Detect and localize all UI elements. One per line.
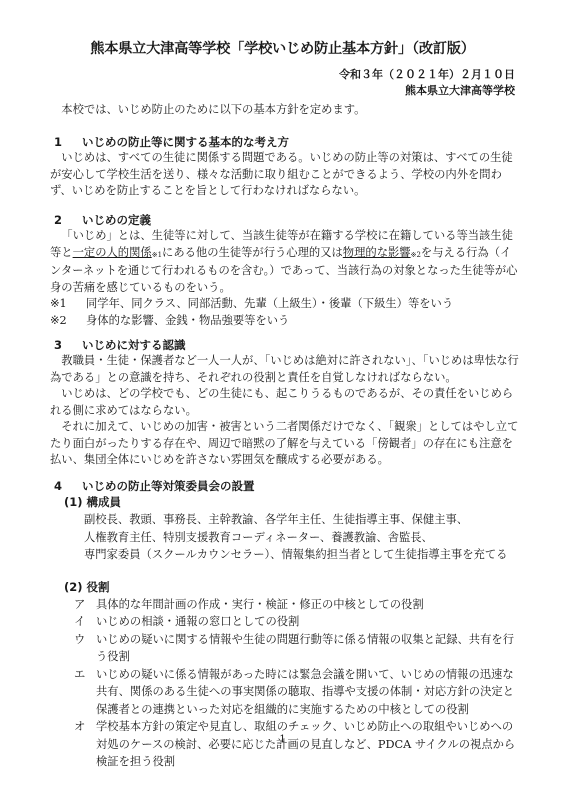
section-number: 1	[50, 134, 82, 150]
underlined-term: 物理的な影響	[343, 246, 411, 259]
school-name: 熊本県立大津高等学校	[405, 82, 515, 98]
page-number: 1	[0, 734, 565, 745]
section-heading: 2いじめの定義	[50, 212, 520, 228]
section-heading: 3いじめに対する認識	[50, 337, 520, 353]
section-title: いじめの定義	[82, 213, 151, 227]
role-key: ア	[74, 596, 96, 614]
section-heading: 1いじめの防止等に関する基本的な考え方	[50, 134, 520, 150]
section-number: 4	[50, 478, 82, 494]
section-number: 3	[50, 337, 82, 353]
section-title: いじめの防止等に関する基本的な考え方	[82, 135, 289, 149]
intro-text: 本校では、いじめ防止のために以下の基本方針を定めます。	[50, 102, 520, 119]
role-key: エ	[74, 666, 96, 719]
members-line: 人権教育主任、特別支援教育コーディネーター、養護教諭、舎監長、	[84, 529, 520, 547]
role-text: いじめの相談・通報の窓口としての役割	[96, 613, 520, 631]
members-list: 副校長、教頭、事務長、主幹教諭、各学年主任、生徒指導主事、保健主事、 人権教育主…	[50, 511, 520, 564]
section-paragraph: いじめは、すべての生徒に関係する問題である。いじめの防止等の対策は、すべての生徒…	[50, 150, 520, 200]
role-item: ウいじめの疑いに関する情報や生徒の問題行動等に係る情報の収集と記録、共有を行う役…	[50, 631, 520, 666]
footnote: ※2身体的な影響、金銭・物品強要等をいう	[50, 313, 520, 330]
role-item: ア具体的な年間計画の作成・実行・検証・修正の中核としての役割	[50, 596, 520, 614]
role-item: イいじめの相談・通報の窓口としての役割	[50, 613, 520, 631]
footnote-text: 身体的な影響、金銭・物品強要等をいう	[86, 314, 289, 327]
section-heading: 4いじめの防止等対策委員会の設置	[50, 478, 520, 494]
subsection-heading-roles: (2) 役割	[50, 579, 520, 596]
footnote-ref: ※1	[152, 251, 162, 259]
footnote-mark: ※2	[50, 313, 86, 330]
section-title: いじめの防止等対策委員会の設置	[82, 479, 255, 493]
underlined-term: 一定の人的関係	[73, 246, 152, 259]
footnote-text: 同学年、同クラス、同部活動、先輩（上級生）・後輩（下級生）等をいう	[86, 297, 453, 310]
role-text: 具体的な年間計画の作成・実行・検証・修正の中核としての役割	[96, 596, 520, 614]
subsection-heading-members: (1) 構成員	[50, 494, 520, 511]
role-text: いじめの疑いに関する情報や生徒の問題行動等に係る情報の収集と記録、共有を行う役割	[96, 631, 520, 666]
revision-date: 令和３年（２０２１年）２月１０日	[339, 66, 515, 82]
section-2: 2いじめの定義 「いじめ」とは、生徒等に対して、当該生徒等が在籍する学校に在籍し…	[50, 212, 520, 329]
role-key: ウ	[74, 631, 96, 666]
section-1: 1いじめの防止等に関する基本的な考え方 いじめは、すべての生徒に関係する問題であ…	[50, 134, 520, 200]
members-line: 専門家委員（スクールカウンセラー）、情報集約担当者として生徒指導主事を充てる	[84, 546, 520, 564]
section-3: 3いじめに対する認識 教職員・生徒・保護者など一人一人が、「いじめは絶対に許され…	[50, 337, 520, 469]
section-paragraph: 教職員・生徒・保護者など一人一人が、「いじめは絶対に許されない」、「いじめは卑怯…	[50, 353, 520, 386]
role-item: エいじめの疑いに係る情報があった時には緊急会議を開いて、いじめの情報の迅速な共有…	[50, 666, 520, 719]
section-paragraph: いじめは、どの学校でも、どの生徒にも、起こりうるものであるが、その責任をいじめら…	[50, 386, 520, 419]
role-text: いじめの疑いに係る情報があった時には緊急会議を開いて、いじめの情報の迅速な共有、…	[96, 666, 520, 719]
intro-block: 本校では、いじめ防止のために以下の基本方針を定めます。	[50, 102, 520, 119]
section-title: いじめに対する認識	[82, 338, 186, 352]
definition-paragraph: 「いじめ」とは、生徒等に対して、当該生徒等が在籍する学校に在籍している等当該生徒…	[50, 228, 520, 296]
definition-text: にある他の生徒等が行う心理的又は	[162, 246, 343, 259]
footnote-ref: ※2	[411, 251, 421, 259]
section-4: 4いじめの防止等対策委員会の設置 (1) 構成員 副校長、教頭、事務長、主幹教諭…	[50, 478, 520, 771]
section-number: 2	[50, 212, 82, 228]
section-paragraph: それに加えて、いじめの加害・被害という二者関係だけでなく、「観衆」としてはやし立…	[50, 419, 520, 469]
document-title: 熊本県立大津高等学校「学校いじめ防止基本方針」（改訂版）	[0, 38, 565, 58]
members-line: 副校長、教頭、事務長、主幹教諭、各学年主任、生徒指導主事、保健主事、	[84, 511, 520, 529]
document-page: 熊本県立大津高等学校「学校いじめ防止基本方針」（改訂版） 令和３年（２０２１年）…	[0, 0, 565, 800]
footnote: ※1同学年、同クラス、同部活動、先輩（上級生）・後輩（下級生）等をいう	[50, 296, 520, 313]
role-key: イ	[74, 613, 96, 631]
footnote-mark: ※1	[50, 296, 86, 313]
